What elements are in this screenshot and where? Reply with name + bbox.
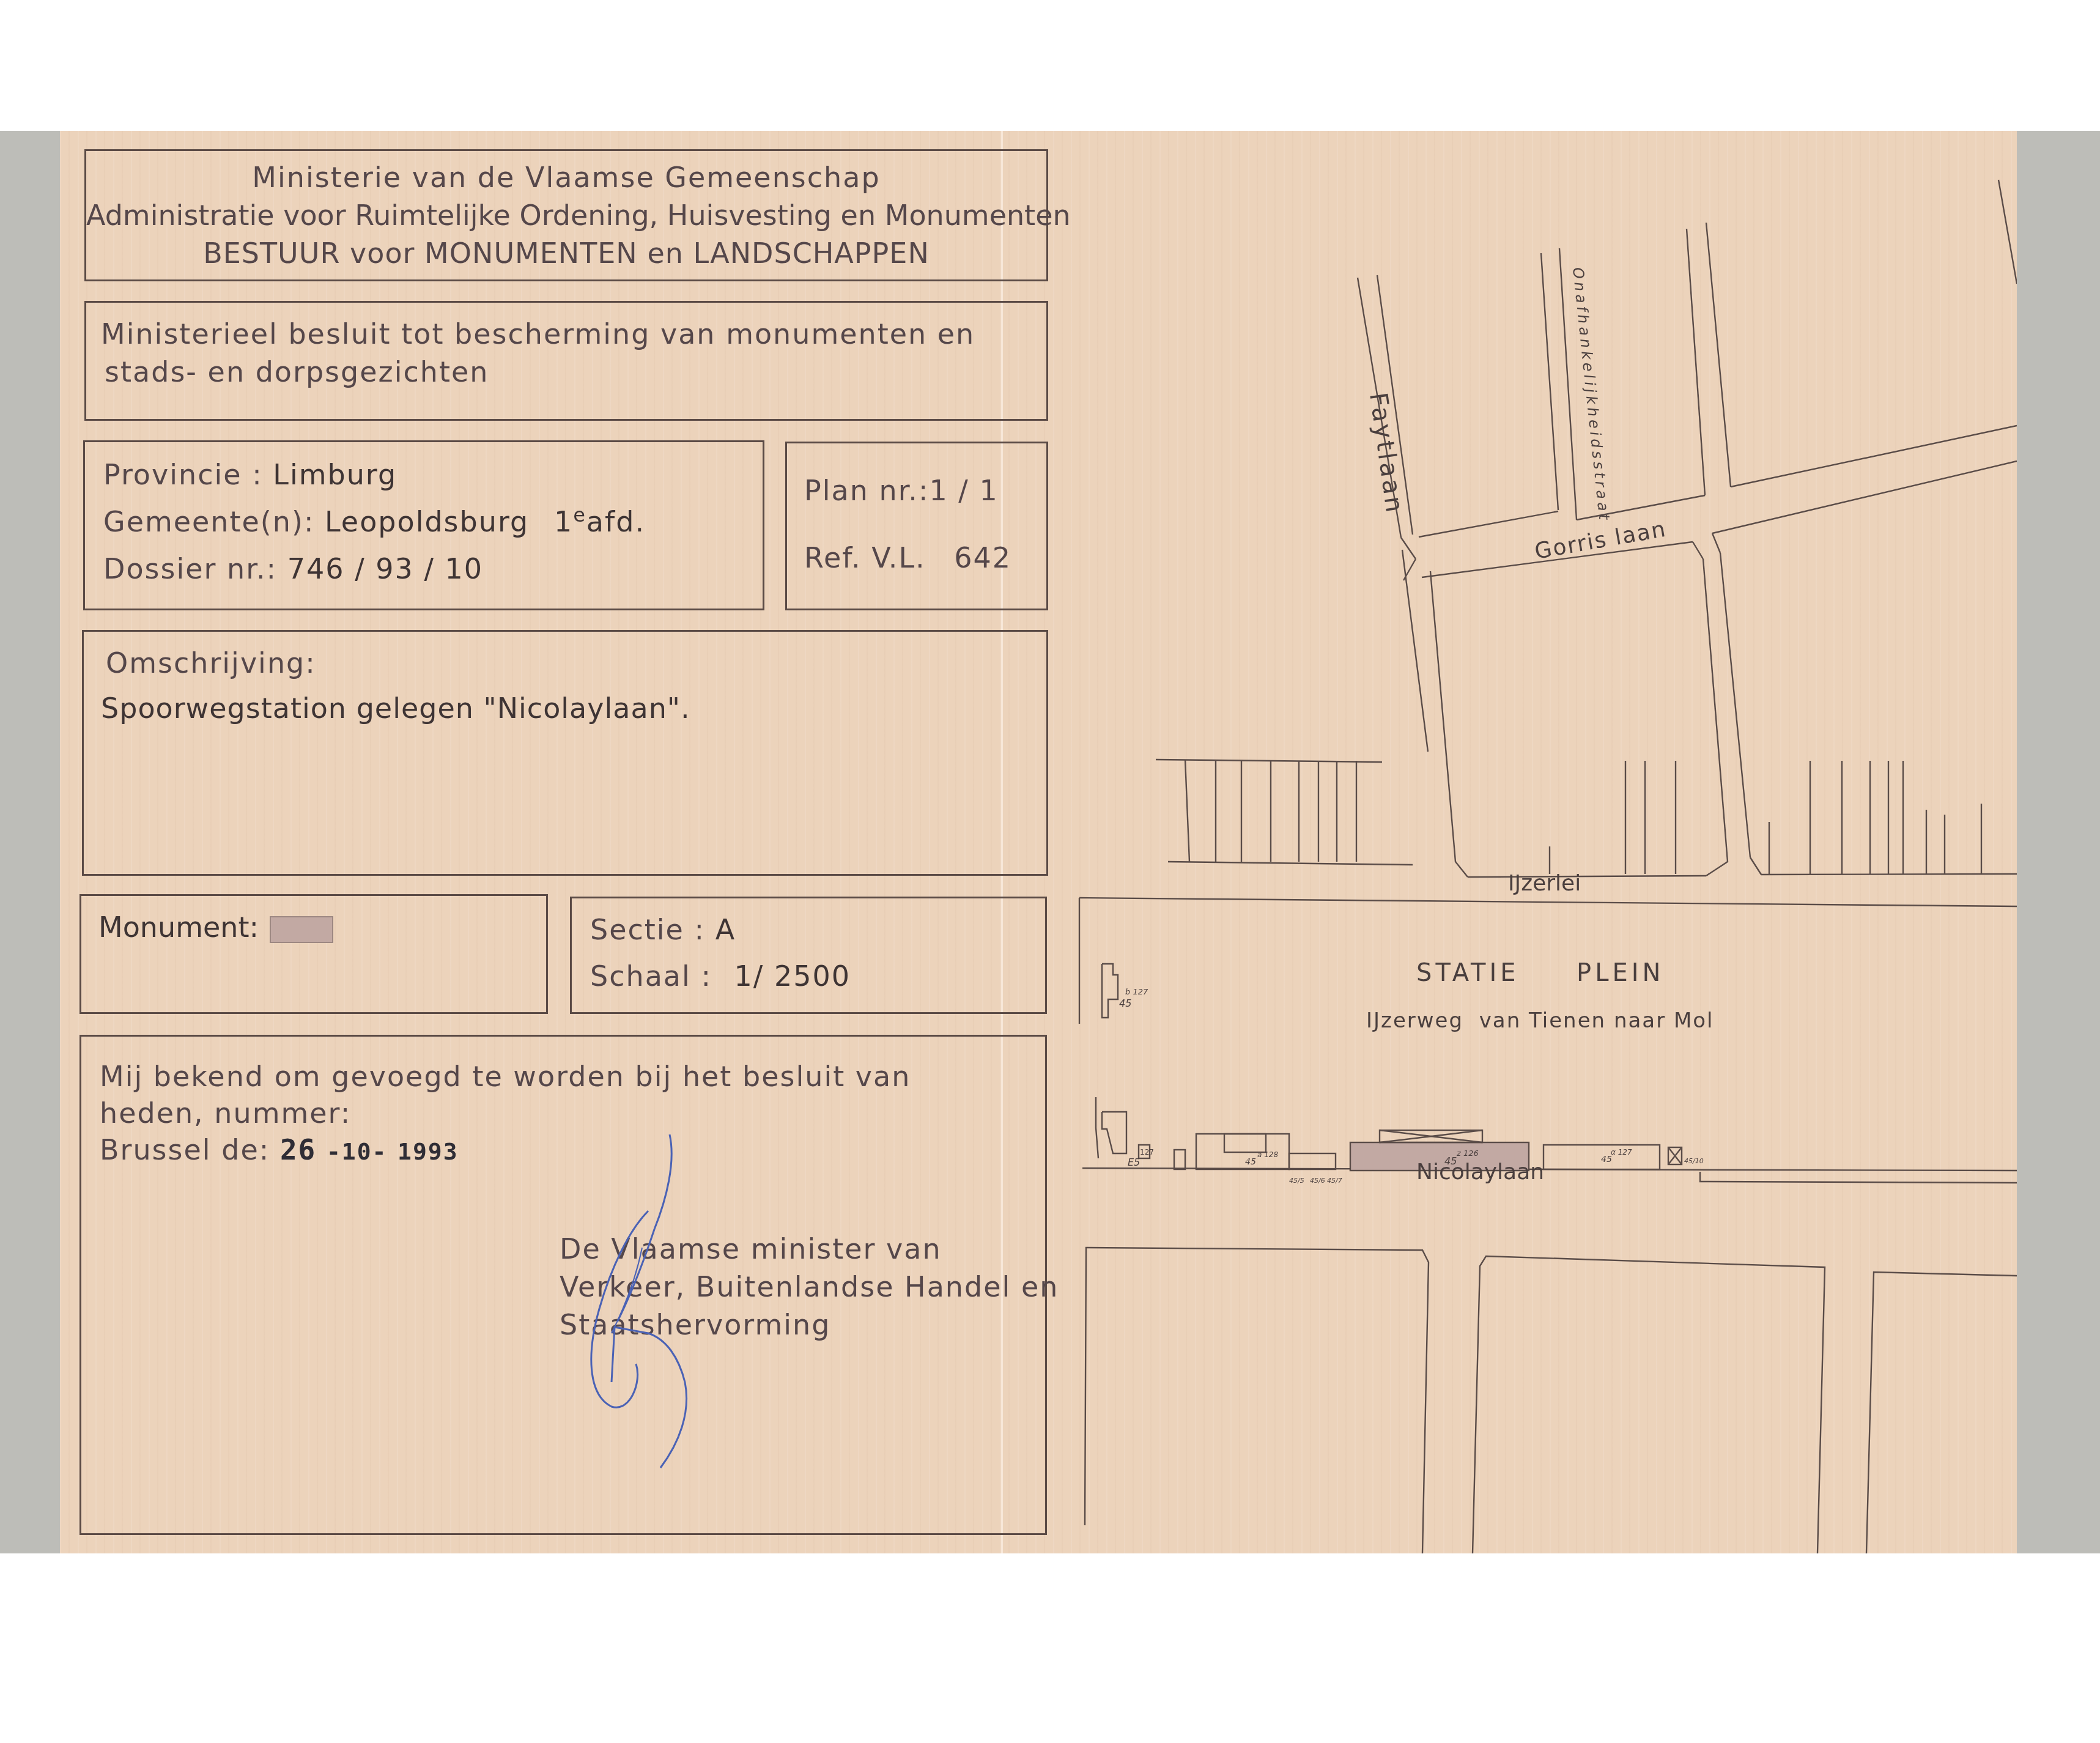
- ref-value: 642: [954, 541, 1011, 574]
- plan-row: Plan nr.:1 / 1: [804, 474, 999, 507]
- provincie-label: Provincie :: [103, 458, 263, 491]
- location-box: Provincie : Limburg Gemeente(n): Leopold…: [83, 440, 764, 610]
- afdeling-suffix: afd.: [586, 505, 645, 538]
- afdeling-superscript: e: [573, 503, 586, 527]
- parcel-45b127-sup: b 127: [1125, 988, 1148, 997]
- schaal-row: Schaal : 1/ 2500: [590, 960, 851, 993]
- plan-value: 1 / 1: [929, 474, 998, 507]
- schaal-label: Schaal :: [590, 960, 712, 993]
- monument-swatch: [270, 916, 333, 943]
- date-year: 1993: [397, 1138, 459, 1165]
- description-label: Omschrijving:: [106, 646, 316, 679]
- gemeente-value: Leopoldsburg: [325, 505, 529, 538]
- date-row: Brussel de: 26 -10- 1993: [100, 1133, 459, 1166]
- label-ijzerweg: IJzerweg van Tienen naar Mol: [1366, 1008, 1714, 1033]
- cadastre-box: Sectie : A Schaal : 1/ 2500: [570, 897, 1047, 1014]
- header-box: Ministerie van de Vlaamse Gemeenschap Ad…: [84, 149, 1048, 281]
- label-statie-plein: STATIE PLEIN: [1416, 959, 1664, 987]
- provincie-value: Limburg: [273, 458, 397, 491]
- parcel-45a128-base: 45: [1245, 1157, 1256, 1167]
- dossier-row: Dossier nr.: 746 / 93 / 10: [103, 552, 483, 585]
- label-nicolaylaan: Nicolaylaan: [1416, 1160, 1544, 1185]
- monument-legend: Monument:: [98, 911, 333, 944]
- label-gorris-laan: Gorris laan: [1532, 517, 1668, 564]
- label-ijzerlei: IJzerlei: [1508, 871, 1581, 896]
- schaal-value: 1/ 2500: [734, 960, 851, 993]
- date-day: 26: [280, 1133, 316, 1166]
- monument-parcel-base: 45: [1444, 1155, 1457, 1167]
- parcel-lines: [1156, 760, 2017, 877]
- sectie-label: Sectie :: [590, 913, 705, 946]
- plan-box: Plan nr.:1 / 1 Ref. V.L. 642: [785, 442, 1048, 610]
- description-value: Spoorwegstation gelegen "Nicolaylaan".: [101, 692, 690, 725]
- provincie-row: Provincie : Limburg: [103, 458, 397, 491]
- monument-label: Monument:: [98, 911, 259, 944]
- parcel-127: 127: [1140, 1148, 1154, 1156]
- administration-title: Administratie voor Ruimtelijke Ordening,…: [86, 199, 1046, 232]
- decree-line-1: Ministerieel besluit tot bescherming van…: [101, 317, 975, 350]
- date-label: Brussel de:: [100, 1133, 270, 1166]
- nicolaylaan-blocks: [1085, 1248, 2017, 1553]
- sectie-value: A: [715, 913, 736, 946]
- parcel-45a128-sup: a 128: [1257, 1150, 1278, 1159]
- street-faytlaan: [1358, 275, 1455, 862]
- parcel-45-10: 45/10: [1684, 1157, 1704, 1165]
- parcel-45-5: 45/5: [1289, 1177, 1304, 1185]
- dossier-value: 746 / 93 / 10: [287, 552, 483, 585]
- parcel-45-7: 45/7: [1327, 1177, 1342, 1185]
- plan-label: Plan nr.:: [804, 474, 929, 507]
- decree-line-2: stads- en dorpsgezichten: [105, 355, 489, 388]
- approval-line-1: Mij bekend om gevoegd te worden bij het …: [100, 1060, 911, 1093]
- department-title: BESTUUR voor MONUMENTEN en LANDSCHAPPEN: [86, 237, 1046, 270]
- sectie-row: Sectie : A: [590, 913, 736, 946]
- station-area: [1079, 898, 2017, 1183]
- gemeente-label: Gemeente(n):: [103, 505, 314, 538]
- legend-box: Monument:: [79, 894, 548, 1014]
- ministry-title: Ministerie van de Vlaamse Gemeenschap: [86, 161, 1046, 194]
- parcel-45-6: 45/6: [1310, 1177, 1325, 1185]
- cadastral-map: Faytlaan Onafhankelijkheidsstraat Gorris…: [1064, 131, 2017, 1553]
- approval-line-2: heden, nummer:: [100, 1097, 351, 1130]
- street-onafhankelijkheidsstraat: [1541, 248, 1577, 520]
- parcel-45b127-base: 45: [1119, 997, 1131, 1009]
- description-box: Omschrijving: Spoorwegstation gelegen "N…: [82, 630, 1048, 876]
- label-onafhankelijkheidsstraat: Onafhankelijkheidsstraat: [1569, 267, 1613, 524]
- dossier-label: Dossier nr.:: [103, 552, 277, 585]
- minister-signature: [538, 1125, 734, 1480]
- parcel-e5: E5: [1128, 1156, 1140, 1168]
- gemeente-row: Gemeente(n): Leopoldsburg 1eafd.: [103, 503, 645, 538]
- parcel-45a127-sup: α 127: [1611, 1148, 1632, 1156]
- street-gorris-laan: [1419, 180, 2017, 862]
- ref-label: Ref. V.L.: [804, 541, 926, 574]
- monument-parcel-sup: z 126: [1456, 1149, 1479, 1158]
- date-month: -10-: [327, 1138, 388, 1165]
- ref-row: Ref. V.L. 642: [804, 541, 1011, 574]
- afdeling-number: 1: [554, 505, 573, 538]
- decree-box: Ministerieel besluit tot bescherming van…: [84, 301, 1048, 421]
